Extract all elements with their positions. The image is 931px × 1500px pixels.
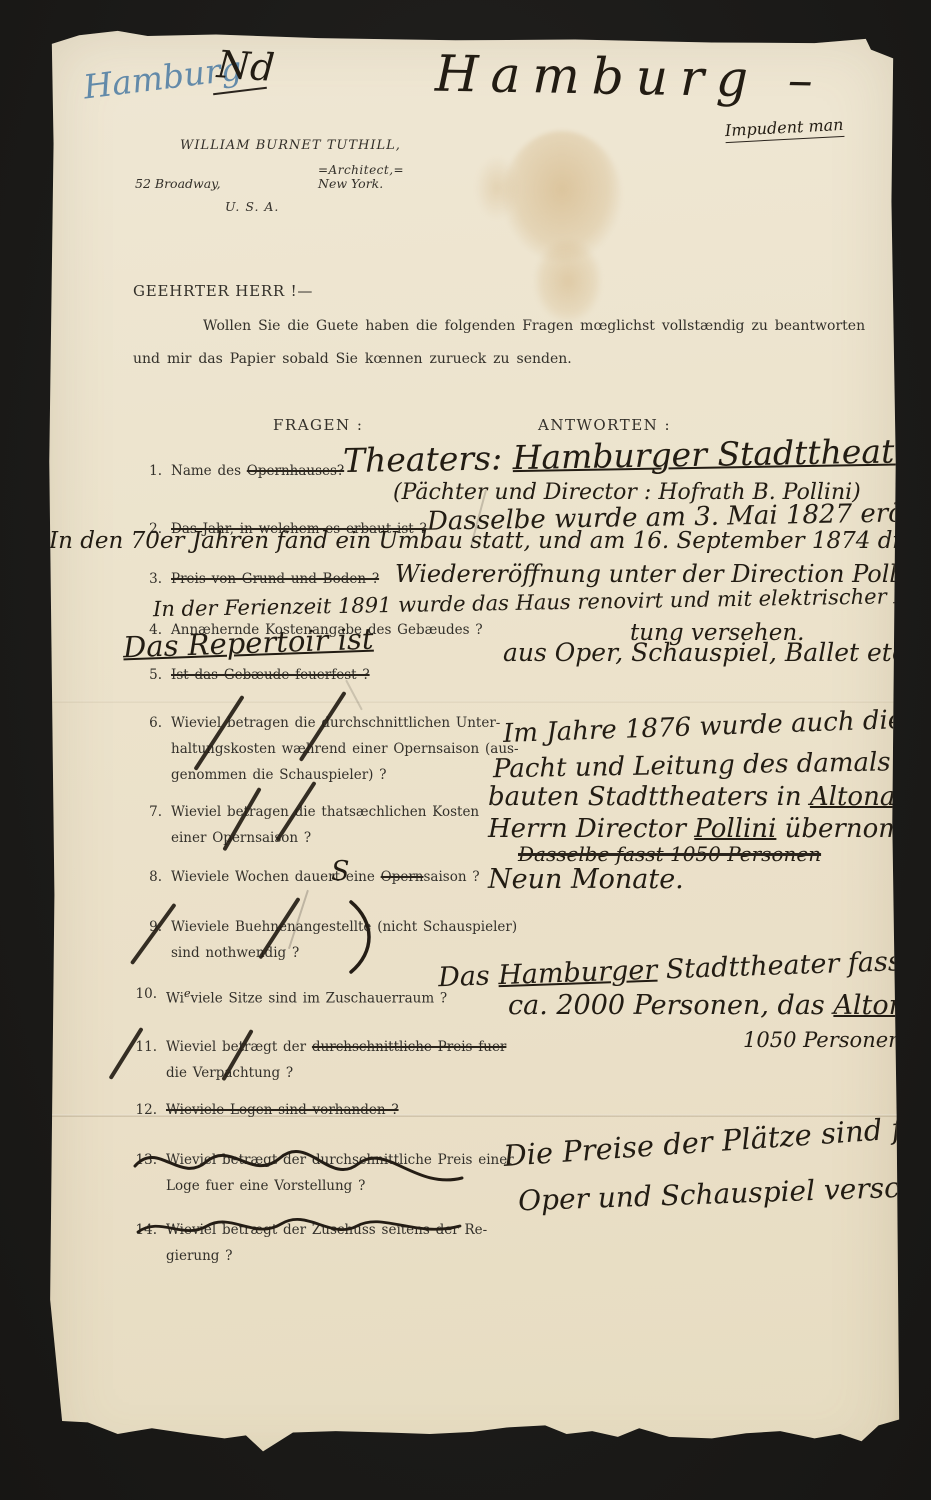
question-text: Preis von Grund und Boden ? [171, 566, 379, 592]
question-number: 7. [138, 799, 162, 851]
letterhead-street: 52 Broadway, [135, 176, 221, 191]
photograph-background: { "marginalia": { "blue_note": "Hamburg"… [0, 0, 931, 1500]
question-10: 10. Wieviele Sitze sind im Zuschauerraum… [133, 981, 447, 1012]
answer-crossed-out-capacity: Dasselbe fasst 1050 Personen [518, 842, 821, 866]
cross-out-squiggle [130, 1138, 470, 1208]
question-text: Name des Opernhauses? [171, 458, 344, 484]
stain [535, 240, 601, 322]
answer-altona-line3: bauten Stadttheaters in Altona von [488, 782, 931, 812]
letter-body-line2: und mir das Papier sobald Sie kœnnen zur… [133, 351, 572, 367]
letter-page: Hamburg Nd Hamburg – Impudent man WILLIA… [45, 28, 900, 1473]
question-text: Wieviele Sitze sind im Zuschauerraum ? [166, 981, 447, 1012]
page-title-hamburg: Hamburg – [435, 45, 826, 110]
answer-altona-line1: Im Jahre 1876 wurde auch die [503, 705, 904, 749]
ink-monogram: Nd [216, 42, 277, 90]
salutation: GEEHRTER HERR !— [133, 282, 313, 300]
fold-crease [45, 700, 900, 703]
question-number: 5. [138, 662, 162, 688]
answer-season-length: Neun Monate. [488, 864, 684, 895]
answer-prices-line2: Oper und Schauspiel verschieden [518, 1168, 931, 1218]
question-text: Wieviele Logen sind vorhanden ? [166, 1097, 399, 1123]
letterhead-country: U. S. A. [225, 199, 279, 214]
stain [475, 156, 519, 220]
answer-altona-line4: Herrn Director Pollini übernommen. [488, 814, 931, 844]
letterhead-role: =Architect,= [318, 163, 404, 177]
question-text: Wieviel betragen die thatsæchlichen Kost… [171, 799, 479, 851]
question-number: 8. [138, 864, 162, 890]
question-number: 10. [133, 981, 157, 1012]
answer-seats-line3: 1050 Personen [743, 1028, 902, 1052]
question-number: 6. [138, 710, 162, 788]
answer-seats-line2: ca. 2000 Personen, das Altonaer [508, 990, 931, 1021]
question-text: Ist das Gebæude feuerfest ? [171, 662, 370, 688]
question-9: 9. Wieviele Buehnenangestellte (nicht Sc… [138, 914, 517, 966]
answer-altona-line2: Pacht und Leitung des damals neuer- [493, 746, 931, 785]
antworten-header: ANTWORTEN : [538, 416, 671, 434]
answer-prices-line1: Die Preise der Plätze sind für [502, 1109, 931, 1173]
question-6: 6. Wieviel betragen die durchschnittlich… [138, 710, 519, 788]
question-text: Wieviel betrægt der durchschnittliche Pr… [166, 1034, 506, 1086]
handwritten-s-correction: S [331, 856, 350, 887]
marginal-comment: Impudent man [725, 115, 845, 143]
cross-out-curve [345, 898, 379, 976]
question-11: 11. Wieviel betrægt der durchschnittlich… [133, 1034, 506, 1086]
question-text: Wieviele Wochen dauert eine Opernsaison … [171, 864, 480, 890]
cross-out-wave [135, 1214, 465, 1244]
answer-theatre-name: Theaters: Hamburger Stadttheater [343, 431, 930, 480]
fragen-header: FRAGEN : [273, 416, 363, 434]
answer-repertoire-rest: aus Oper, Schauspiel, Ballet etc zusamme… [503, 638, 931, 667]
question-number: 11. [133, 1034, 157, 1086]
answer-repertoire-lead: Das Repertoir ist [122, 622, 374, 665]
question-8: 8. Wieviele Wochen dauert eine Opernsais… [138, 864, 480, 890]
question-3: 3. Preis von Grund und Boden ? [138, 566, 379, 592]
question-1: 1. Name des Opernhauses? [138, 458, 344, 484]
question-number: 1. [138, 458, 162, 484]
question-12: 12. Wieviele Logen sind vorhanden ? [133, 1097, 399, 1123]
question-number: 3. [138, 566, 162, 592]
question-5: 5. Ist das Gebæude feuerfest ? [138, 662, 370, 688]
question-number: 12. [133, 1097, 157, 1123]
letterhead-name: WILLIAM BURNET TUTHILL, [180, 138, 401, 153]
letterhead-city: New York. [318, 176, 383, 191]
question-7: 7. Wieviel betragen die thatsæchlichen K… [138, 799, 479, 851]
answer-reopening-note: Wiedereröffnung unter der Direction Poll… [395, 560, 931, 588]
letter-body-line1: Wollen Sie die Guete haben die folgenden… [203, 318, 865, 334]
answer-rebuild-note: In den 70er Jahren fand ein Umbau statt,… [49, 528, 913, 554]
